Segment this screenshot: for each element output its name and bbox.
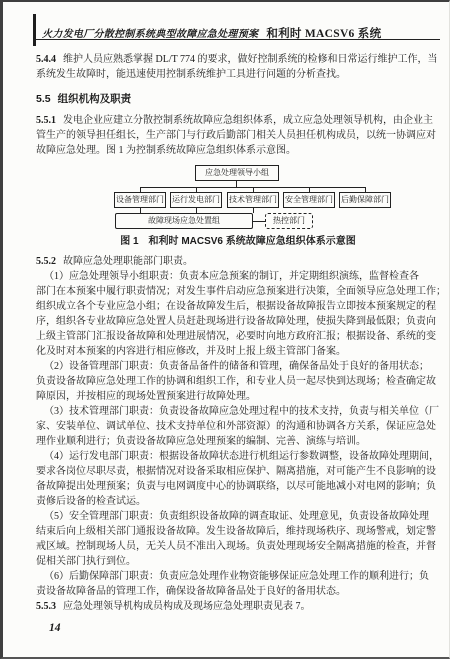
text-line: 化及时对本预案的内容进行相应修改，并及时上报上级主管部门备案。 [36, 344, 440, 359]
line-text: 责修后设备的检查试运。 [36, 496, 146, 507]
content-top: 5.4.4维护人员应熟悉掌握 DL/T 774 的要求，做好控制系统的检修和日常… [36, 52, 440, 158]
line-text: 系统发生故障时，能迅速使用控制系统维护工具进行问题的分析查找。 [36, 69, 346, 80]
org-box-equipment-dept: 设备管理部门 [114, 192, 166, 208]
text-line: 障原因，并按相应的现场处置预案进行故障处理。 [36, 389, 440, 404]
text-line: （6）后勤保障部门职责：负责应急处理作业物资能够保证应急处理工作的顺利进行；负 [36, 569, 440, 584]
section-number: 5.4.4 [36, 54, 56, 65]
line-text: 备故障提出处理预案；负责与电网调度中心的协调联络，以尽可能地减小对电网的影响；负 [36, 481, 436, 492]
line-text: （1）应急处理领导小组职责：负责本应急预案的制订，并定期组织演练，监督检查各 [44, 271, 419, 282]
text-line: 上级主管部门汇报设备故障和处理进展情况，必要时向地方政府汇报；根据设备、系统的变 [36, 329, 440, 344]
section-number: 5.5.2 [36, 256, 56, 267]
text-line: 戒区域。控制现场人员，无关人员不准出入现场。负责处理现场安全隔离措施的检查，并督 [36, 539, 440, 554]
scanned-page: 火力发电厂分散控制系统典型故障应急处理预案 和利时 MACSV6 系统 5.4.… [0, 0, 450, 659]
section-number: 5.5 [36, 93, 51, 105]
text-line: （3）技术管理部门职责：负责设备故障应急处理过程中的技术支持，负责与相关单位（厂 [36, 404, 440, 419]
header-divider-bar [33, 14, 36, 46]
text-line: 责设备故障备品的管理工作，确保设备故障备品处于良好的备用状态。 [36, 584, 440, 599]
line-text: 组织成立各个专业应急小组；在设备故障发生后，根据设备故障报告立即按本预案规定的程 [36, 301, 436, 312]
line-text: 理作业顺利进行；负责设备故障应急处理预案的编制、完善、演练与培训。 [36, 436, 366, 447]
section-number: 5.5.1 [36, 115, 56, 126]
line-text: 维护人员应熟悉掌握 DL/T 774 的要求，做好控制系统的检修和日常运行维护工… [63, 54, 438, 65]
text-line: 5.5.2故障应急处理职能部门职责。 [36, 254, 440, 269]
text-line: 责修后设备的检查试运。 [36, 494, 440, 509]
text-line: 5.5组织机构及职责 [36, 92, 440, 107]
line-text: 化及时对本预案的内容进行相应修改，并及时上报上级主管部门备案。 [36, 346, 346, 357]
line-text: 上级主管部门汇报设备故障和处理进展情况，必要时向地方政府汇报；根据设备、系统的变 [36, 331, 436, 342]
line-text: 家、安装单位、调试单位、技术支持单位和外部资源）的沟通和协调各方关系，保证应急处 [36, 421, 436, 432]
line-text: 促相关部门执行到位。 [36, 556, 136, 567]
text-line: 理作业顺利进行；负责设备故障应急处理预案的编制、完善、演练与培训。 [36, 434, 440, 449]
page-number: 14 [49, 622, 61, 634]
line-text: 结束后向上级相关部门通报设备故障。发生设备故障后，维持现场秩序、现场警戒，划定警 [36, 526, 436, 537]
line-text: 序，组织各专业故障应急处置人员赶赴现场进行设备故障处理，使损失降到最低限；负责向 [36, 316, 436, 327]
line-text: （6）后勤保障部门职责：负责应急处理作业物资能够保证应急处理工作的顺利进行；负 [44, 571, 429, 582]
text-line: 组织成立各个专业应急小组；在设备故障发生后，根据设备故障报告立即按本预案规定的程 [36, 299, 440, 314]
text-line: 结束后向上级相关部门通报设备故障。发生设备故障后，维持现场秩序、现场警戒，划定警 [36, 524, 440, 539]
line-text: 管生产的领导担任组长，生产部门与行政后勤部门相关人员担任机构成员，以统一协调应对 [36, 130, 436, 141]
line-text: （2）设备管理部门职责：负责备品备件的储备和管理，确保备品处于良好的备用状态； [44, 361, 429, 372]
org-box-site-response-team: 故障现场应急处置组 [115, 213, 253, 229]
connector-thermal [253, 221, 265, 222]
text-line: 促相关部门执行到位。 [36, 554, 440, 569]
org-box-leader-group: 应急处理领导小组 [195, 165, 279, 181]
line-text: 障原因，并按相应的现场处置预案进行故障处理。 [36, 391, 256, 402]
text-line: 要求各岗位尽职尽责，根据情况对设备采取相应保护、隔离措施，对可能产生不良影响的设 [36, 464, 440, 479]
line-text: 发电企业应建立分散控制系统故障应急组织体系，成立应急处理领导机构，由企业主 [63, 115, 433, 126]
line-text: 要求各岗位尽职尽责，根据情况对设备采取相应保护、隔离措施，对可能产生不良影响的设 [36, 466, 436, 477]
section-number: 5.5.3 [36, 601, 56, 612]
line-text: 应急处理领导机构成员构成及现场应急处理职责见表 7。 [63, 601, 311, 612]
text-line: 故障应急处理。图 1 为控制系统故障应急组织体系示意图。 [36, 143, 440, 158]
text-line: 负责设备故障应急处理工作的协调和组织工作，和专业人员一起尽快到达现场；检查确定故 [36, 374, 440, 389]
page-header: 火力发电厂分散控制系统典型故障应急处理预案 和利时 MACSV6 系统 [33, 14, 440, 46]
text-line: （4）运行发电部门职责：根据设备故障状态进行机组运行参数调整，设备故障处理期间， [36, 449, 440, 464]
text-line: 家、安装单位、调试单位、技术支持单位和外部资源）的沟通和协调各方关系，保证应急处 [36, 419, 440, 434]
org-chart-diagram: 应急处理领导小组 设备管理部门 运行发电部门 技术管理部门 安全管理部门 后勤保… [108, 165, 398, 231]
org-box-safety-dept: 安全管理部门 [283, 192, 335, 208]
org-box-logistics-dept: 后勤保障部门 [339, 192, 391, 208]
text-line: 序，组织各专业故障应急处置人员赶赴现场进行设备故障处理，使损失降到最低限；负责向 [36, 314, 440, 329]
line-text: 组织机构及职责 [58, 93, 132, 105]
text-line: 备故障提出处理预案；负责与电网调度中心的协调联络，以尽可能地减小对电网的影响；负 [36, 479, 440, 494]
text-line: 系统发生故障时，能迅速使用控制系统维护工具进行问题的分析查找。 [36, 67, 440, 82]
line-text: 戒区域。控制现场人员，无关人员不准出入现场。负责处理现场安全隔离措施的检查，并督 [36, 541, 436, 552]
org-box-operation-dept: 运行发电部门 [170, 192, 222, 208]
line-text: （3）技术管理部门职责：负责设备故障应急处理过程中的技术支持，负责与相关单位（厂 [44, 406, 439, 417]
line-text: 负责设备故障应急处理工作的协调和组织工作，和专业人员一起尽快到达现场；检查确定故 [36, 376, 436, 387]
header-rule [33, 39, 440, 40]
text-line: 5.5.3应急处理领导机构成员构成及现场应急处理职责见表 7。 [36, 599, 440, 614]
text-line: 管生产的领导担任组长，生产部门与行政后勤部门相关人员担任机构成员，以统一协调应对 [36, 128, 440, 143]
line-text: 故障应急处理职能部门职责。 [63, 256, 193, 267]
text-line: （5）安全管理部门职责：负责组织设备故障的调查取证、处理意见，负责设备故障处理 [36, 509, 440, 524]
line-text: （5）安全管理部门职责：负责组织设备故障的调查取证、处理意见，负责设备故障处理 [44, 511, 429, 522]
text-line: 5.4.4维护人员应熟悉掌握 DL/T 774 的要求，做好控制系统的检修和日常… [36, 52, 440, 67]
figure-caption: 图 1 和利时 MACSV6 系统故障应急组织体系示意图 [36, 235, 440, 248]
line-text: 责设备故障备品的管理工作，确保设备故障备品处于良好的备用状态。 [36, 586, 346, 597]
line-text: （4）运行发电部门职责：根据设备故障状态进行机组运行参数调整，设备故障处理期间， [44, 451, 439, 462]
text-line: （2）设备管理部门职责：负责备品备件的储备和管理，确保备品处于良好的备用状态； [36, 359, 440, 374]
text-line: 5.5.1发电企业应建立分散控制系统故障应急组织体系，成立应急处理领导机构，由企… [36, 113, 440, 128]
org-box-technology-dept: 技术管理部门 [227, 192, 279, 208]
line-text: 部门在本预案中履行职责情况；对发生事件启动应急预案进行决策，全面领导应急处理工作… [36, 286, 440, 297]
text-line: （1）应急处理领导小组职责：负责本应急预案的制订，并定期组织演练，监督检查各 [36, 269, 440, 284]
content-bottom: 5.5.2故障应急处理职能部门职责。 （1）应急处理领导小组职责：负责本应急预案… [36, 254, 440, 614]
org-chart-figure: 应急处理领导小组 设备管理部门 运行发电部门 技术管理部门 安全管理部门 后勤保… [36, 165, 440, 248]
connector-stub [253, 208, 254, 213]
text-line: 部门在本预案中履行职责情况；对发生事件启动应急预案进行决策，全面领导应急处理工作… [36, 284, 440, 299]
line-text: 故障应急处理。图 1 为控制系统故障应急组织体系示意图。 [36, 145, 296, 156]
org-box-thermal-control-dept: 热控部门 [265, 213, 313, 229]
